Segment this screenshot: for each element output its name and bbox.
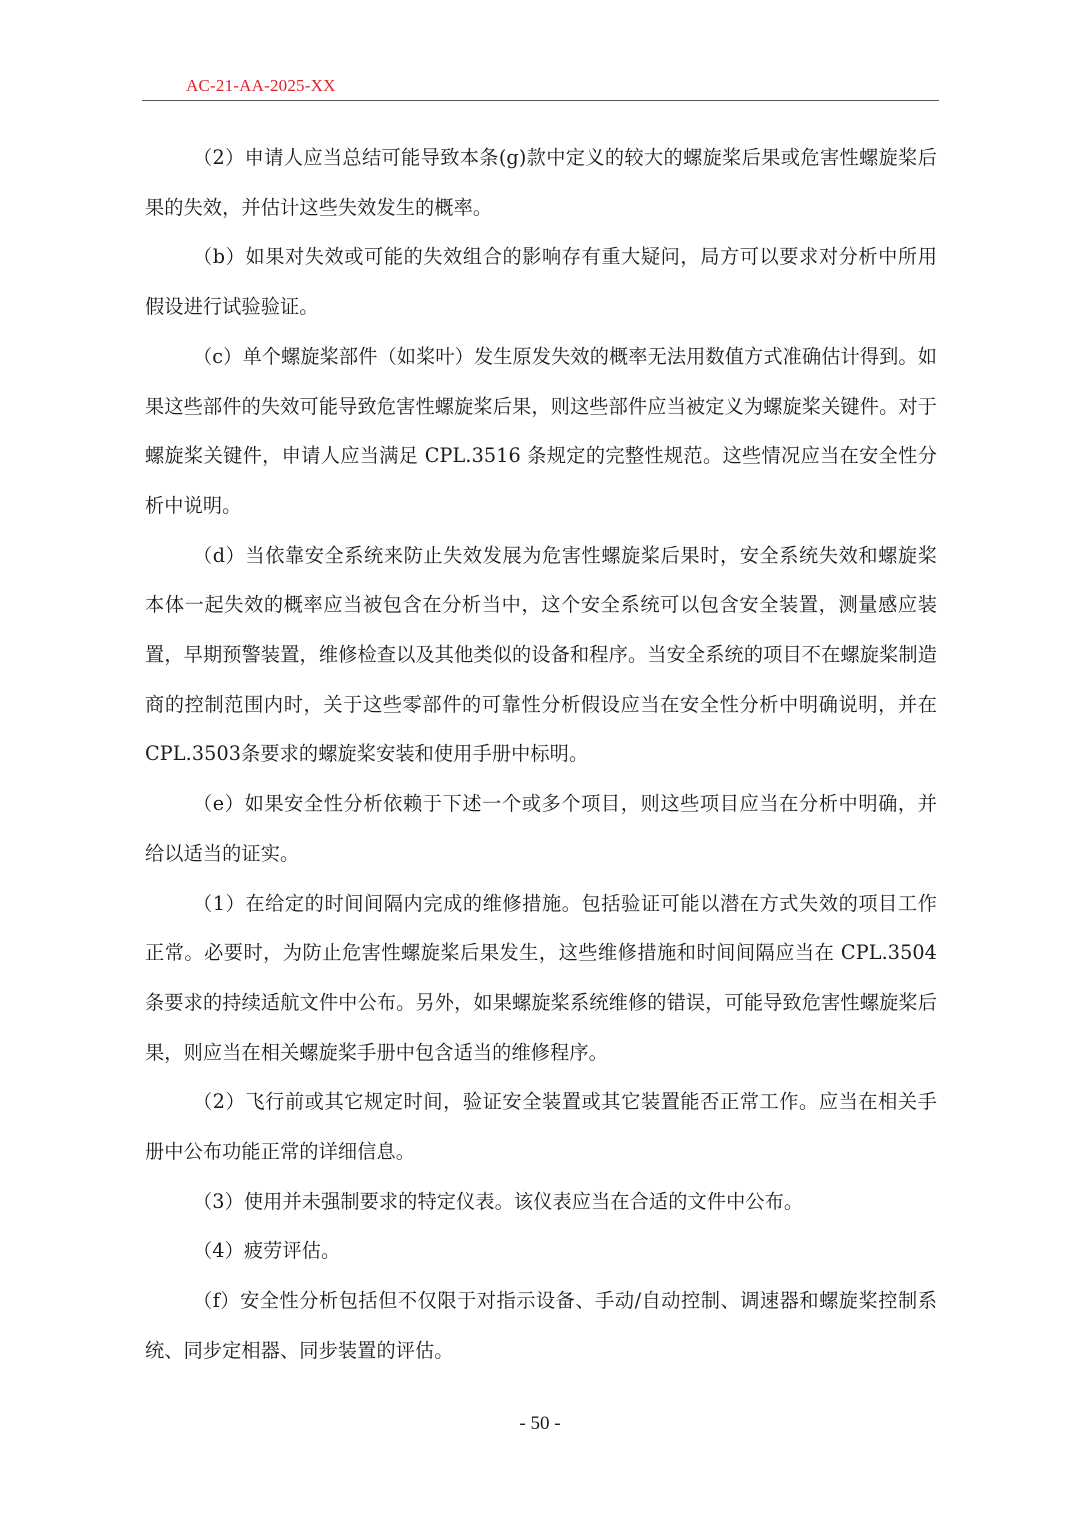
paragraph-b: （b）如果对失效或可能的失效组合的影响存有重大疑问，局方可以要求对分析中所用假设… <box>145 232 937 331</box>
paragraph-f: （f）安全性分析包括但不仅限于对指示设备、手动/自动控制、调速器和螺旋桨控制系统… <box>145 1276 937 1375</box>
paragraph-c: （c）单个螺旋桨部件（如桨叶）发生原发失效的概率无法用数值方式准确估计得到。如果… <box>145 332 937 531</box>
paragraph-e3: （3）使用并未强制要求的特定仪表。该仪表应当在合适的文件中公布。 <box>145 1177 937 1227</box>
paragraph-g2: （2）申请人应当总结可能导致本条(g)款中定义的较大的螺旋桨后果或危害性螺旋桨后… <box>145 133 937 232</box>
header-divider <box>142 100 939 101</box>
document-code: AC-21-AA-2025-XX <box>186 76 336 96</box>
page-number: - 50 - <box>0 1413 1080 1435</box>
paragraph-e4: （4）疲劳评估。 <box>145 1226 937 1276</box>
document-body: （2）申请人应当总结可能导致本条(g)款中定义的较大的螺旋桨后果或危害性螺旋桨后… <box>145 133 937 1376</box>
paragraph-d: （d）当依靠安全系统来防止失效发展为危害性螺旋桨后果时，安全系统失效和螺旋桨本体… <box>145 531 937 780</box>
paragraph-e: （e）如果安全性分析依赖于下述一个或多个项目，则这些项目应当在分析中明确，并给以… <box>145 779 937 878</box>
paragraph-e1: （1）在给定的时间间隔内完成的维修措施。包括验证可能以潜在方式失效的项目工作正常… <box>145 879 937 1078</box>
paragraph-e2: （2）飞行前或其它规定时间，验证安全装置或其它装置能否正常工作。应当在相关手册中… <box>145 1077 937 1176</box>
